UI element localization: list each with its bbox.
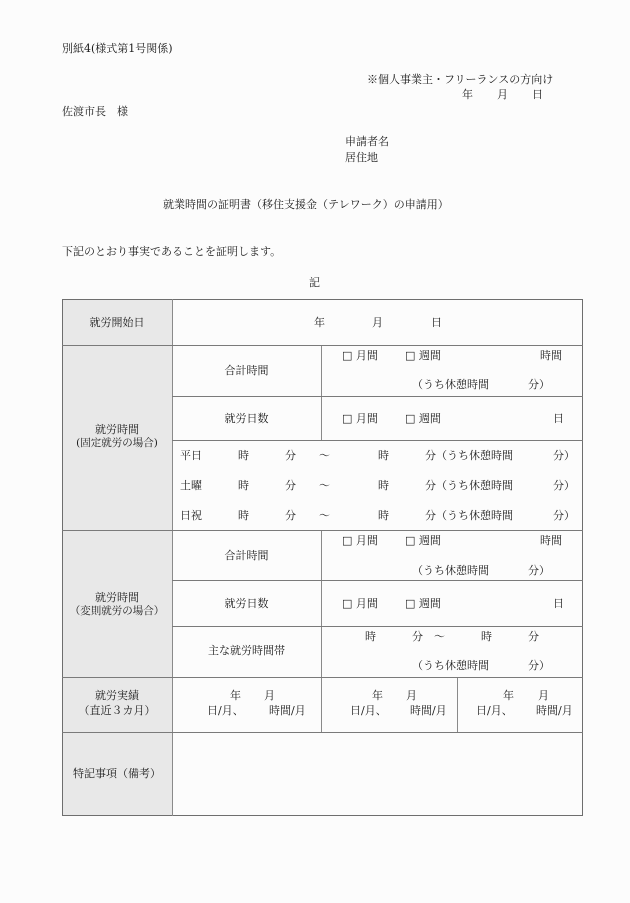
target-note: ※個人事業主・フリーランスの方向け bbox=[367, 74, 553, 85]
main-hours-tilde: 〜 bbox=[434, 631, 445, 642]
certification-statement: 下記のとおり事実であることを証明します。 bbox=[62, 246, 281, 257]
record-label: 就労実績 bbox=[62, 690, 172, 701]
date-year-label: 年 bbox=[462, 89, 473, 100]
variable-hours-label: 就労時間 bbox=[62, 592, 172, 603]
record-month[interactable]: 月 bbox=[538, 690, 549, 701]
document-title: 就業時間の証明書（移住支援金（テレワーク）の申請用） bbox=[163, 199, 449, 210]
record-hours[interactable]: 時間/月 bbox=[536, 705, 573, 716]
record-year[interactable]: 年 bbox=[230, 690, 241, 701]
schedule-tilde: 〜 bbox=[319, 450, 330, 461]
main-hours-break: （うち休憩時間 bbox=[412, 660, 489, 671]
ki-label: 記 bbox=[309, 277, 320, 288]
main-hours-label: 主な就労時間帯 bbox=[172, 645, 321, 656]
variable-work-days-label: 就労日数 bbox=[172, 598, 321, 609]
row-line bbox=[62, 530, 583, 531]
variable-total-break: （うち休憩時間 bbox=[412, 565, 489, 576]
applicant-name-label: 申請者名 bbox=[345, 136, 389, 147]
fixed-total-unit: 時間 bbox=[540, 350, 562, 361]
schedule-end-minute-break[interactable]: 分（うち休憩時間 bbox=[425, 510, 513, 521]
schedule-start-hour[interactable]: 時 bbox=[238, 480, 249, 491]
form-reference: 別紙4(様式第1号関係) bbox=[62, 43, 173, 54]
schedule-end-hour[interactable]: 時 bbox=[378, 510, 389, 521]
fixed-days-unit: 日 bbox=[553, 413, 564, 424]
schedule-end-minute-break[interactable]: 分（うち休憩時間 bbox=[425, 450, 513, 461]
variable-total-week-checkbox[interactable]: □ 週間 bbox=[405, 535, 441, 546]
start-date-month[interactable]: 月 bbox=[372, 317, 383, 328]
schedule-end-minute-break[interactable]: 分（うち休憩時間 bbox=[425, 480, 513, 491]
fixed-hours-sublabel: (固定就労の場合) bbox=[62, 438, 172, 449]
main-hours-start-minute[interactable]: 分 bbox=[412, 631, 423, 642]
fixed-total-month-checkbox[interactable]: □ 月間 bbox=[342, 350, 378, 361]
start-date-day[interactable]: 日 bbox=[431, 317, 442, 328]
fixed-work-days-label: 就労日数 bbox=[172, 413, 321, 424]
fixed-total-week-checkbox[interactable]: □ 週間 bbox=[405, 350, 441, 361]
main-hours-start-hour[interactable]: 時 bbox=[365, 631, 376, 642]
main-hours-end-hour[interactable]: 時 bbox=[481, 631, 492, 642]
schedule-day: 平日 bbox=[180, 450, 202, 461]
schedule-start-hour[interactable]: 時 bbox=[238, 450, 249, 461]
schedule-break-unit: 分） bbox=[553, 480, 575, 491]
record-sublabel: （直近３カ月） bbox=[62, 705, 172, 716]
remarks-label: 特記事項（備考） bbox=[62, 768, 172, 779]
start-date-year[interactable]: 年 bbox=[314, 317, 325, 328]
schedule-start-minute[interactable]: 分 bbox=[285, 480, 296, 491]
residence-label: 居住地 bbox=[345, 152, 378, 163]
schedule-tilde: 〜 bbox=[319, 480, 330, 491]
remarks-field[interactable] bbox=[173, 733, 582, 815]
record-month[interactable]: 月 bbox=[406, 690, 417, 701]
variable-days-unit: 日 bbox=[553, 598, 564, 609]
fixed-total-hours-label: 合計時間 bbox=[172, 365, 321, 376]
schedule-tilde: 〜 bbox=[319, 510, 330, 521]
variable-days-week-checkbox[interactable]: □ 週間 bbox=[405, 598, 441, 609]
variable-total-hours-label: 合計時間 bbox=[172, 550, 321, 561]
fixed-days-week-checkbox[interactable]: □ 週間 bbox=[405, 413, 441, 424]
variable-total-unit: 時間 bbox=[540, 535, 562, 546]
schedule-start-minute[interactable]: 分 bbox=[285, 510, 296, 521]
main-hours-break-unit: 分） bbox=[528, 660, 550, 671]
divider-record-third bbox=[457, 677, 458, 732]
row-line bbox=[172, 580, 583, 581]
row-line bbox=[172, 396, 583, 397]
divider-variable-mid bbox=[321, 530, 322, 732]
variable-days-month-checkbox[interactable]: □ 月間 bbox=[342, 598, 378, 609]
schedule-end-hour[interactable]: 時 bbox=[378, 480, 389, 491]
variable-hours-sublabel: （変則就労の場合） bbox=[62, 606, 172, 617]
schedule-end-hour[interactable]: 時 bbox=[378, 450, 389, 461]
date-month-label: 月 bbox=[497, 89, 508, 100]
record-days[interactable]: 日/月、 bbox=[476, 705, 513, 716]
schedule-break-unit: 分） bbox=[553, 510, 575, 521]
variable-total-month-checkbox[interactable]: □ 月間 bbox=[342, 535, 378, 546]
row-line bbox=[172, 626, 583, 627]
record-month[interactable]: 月 bbox=[264, 690, 275, 701]
fixed-hours-label: 就労時間 bbox=[62, 424, 172, 435]
row-line bbox=[172, 440, 583, 441]
fixed-total-break: （うち休憩時間 bbox=[412, 379, 489, 390]
divider-fixed-mid bbox=[321, 345, 322, 440]
date-day-label: 日 bbox=[532, 89, 543, 100]
schedule-day: 土曜 bbox=[180, 480, 202, 491]
record-days[interactable]: 日/月、 bbox=[350, 705, 387, 716]
main-hours-end-minute[interactable]: 分 bbox=[528, 631, 539, 642]
variable-total-break-unit: 分） bbox=[528, 565, 550, 576]
schedule-day: 日祝 bbox=[180, 510, 202, 521]
record-days[interactable]: 日/月、 bbox=[207, 705, 244, 716]
addressee: 佐渡市長 様 bbox=[62, 106, 128, 117]
fixed-days-month-checkbox[interactable]: □ 月間 bbox=[342, 413, 378, 424]
row-line bbox=[62, 677, 583, 678]
schedule-break-unit: 分） bbox=[553, 450, 575, 461]
record-year[interactable]: 年 bbox=[372, 690, 383, 701]
row-line bbox=[62, 345, 583, 346]
schedule-start-hour[interactable]: 時 bbox=[238, 510, 249, 521]
start-date-label: 就労開始日 bbox=[62, 317, 172, 328]
record-hours[interactable]: 時間/月 bbox=[269, 705, 306, 716]
fixed-total-break-unit: 分） bbox=[528, 379, 550, 390]
record-year[interactable]: 年 bbox=[503, 690, 514, 701]
record-hours[interactable]: 時間/月 bbox=[410, 705, 447, 716]
schedule-start-minute[interactable]: 分 bbox=[285, 450, 296, 461]
